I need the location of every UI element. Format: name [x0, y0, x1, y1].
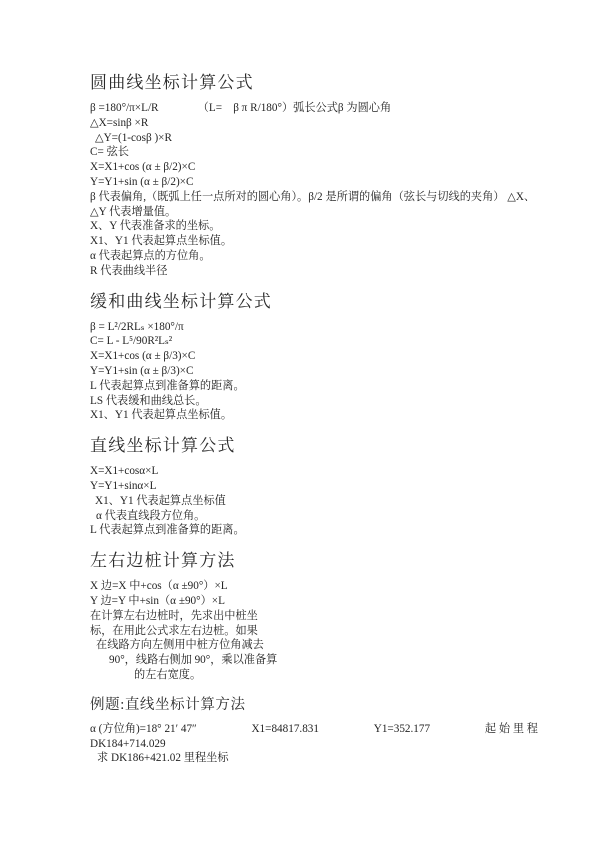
section-straight-line: 直线坐标计算公式X=X1+cosα×LY=Y1+sinα×LX1、Y1 代表起算…: [90, 435, 560, 538]
text-line: △Y 代表增量值。: [90, 205, 560, 220]
text-line: X1、Y1 代表起算点坐标值: [90, 494, 560, 509]
text-line: R 代表曲线半径: [90, 264, 560, 279]
text-line: X1、Y1 代表起算点坐标值。: [90, 408, 560, 423]
text-line: α 代表起算点的方位角。: [90, 249, 560, 264]
section-circular-curve: 圆曲线坐标计算公式β =180°/π×L/R （L= β π R/180°）弧长…: [90, 72, 560, 279]
section-example: 例题:直线坐标计算方法α (方位角)=18° 21′ 47″X1=84817.8…: [90, 695, 560, 766]
text-line: DK184+714.029: [90, 737, 560, 752]
text-line: X、Y 代表准备求的坐标。: [90, 219, 560, 234]
text-line: 标，在用此公式求左右边桩。如果: [90, 624, 560, 639]
text-line: △Y=(1-cosβ )×R: [90, 131, 560, 146]
line-segment: X1=84817.831: [251, 722, 319, 737]
text-line: Y 边=Y 中+sin（α ±90°）×L: [90, 594, 560, 609]
text-line: L 代表起算点到准备算的距离。: [90, 379, 560, 394]
text-line: Y=Y1+sinα×L: [90, 479, 560, 494]
text-line: β = L²/2RLₛ ×180°/π: [90, 320, 560, 335]
text-line: C= 弦长: [90, 145, 560, 160]
section-heading-straight-line: 直线坐标计算公式: [90, 435, 560, 457]
text-line: 在计算左右边桩时，先求出中桩坐: [90, 609, 560, 624]
line-segment: α (方位角)=18° 21′ 47″: [90, 722, 197, 737]
text-line: X=X1+cos (α ± β/2)×C: [90, 160, 560, 175]
text-line: α (方位角)=18° 21′ 47″X1=84817.831Y1=352.17…: [90, 722, 538, 737]
document-page: 圆曲线坐标计算公式β =180°/π×L/R （L= β π R/180°）弧长…: [0, 0, 600, 850]
text-line: α 代表直线段方位角。: [90, 509, 560, 524]
section-side-stake: 左右边桩计算方法X 边=X 中+cos（α ±90°）×LY 边=Y 中+sin…: [90, 550, 560, 683]
section-heading-circular-curve: 圆曲线坐标计算公式: [90, 72, 560, 94]
text-line: X=X1+cosα×L: [90, 464, 560, 479]
section-heading-side-stake: 左右边桩计算方法: [90, 550, 560, 572]
text-line: X1、Y1 代表起算点坐标值。: [90, 234, 560, 249]
text-line: △X=sinβ ×R: [90, 116, 560, 131]
text-line: L 代表起算点到准备算的距离。: [90, 523, 560, 538]
text-line: 的左右宽度。: [90, 668, 560, 683]
section-heading-example: 例题:直线坐标计算方法: [90, 695, 560, 715]
document-body: 圆曲线坐标计算公式β =180°/π×L/R （L= β π R/180°）弧长…: [90, 72, 560, 766]
text-line: 在线路方向左侧用中桩方位角减去: [90, 638, 560, 653]
section-heading-transition-curve: 缓和曲线坐标计算公式: [90, 291, 560, 313]
text-line: β =180°/π×L/R （L= β π R/180°）弧长公式β 为圆心角: [90, 101, 560, 116]
text-line: β 代表偏角,（既弧上任一点所对的圆心角）。β/2 是所谓的偏角（弦长与切线的夹…: [90, 190, 560, 205]
text-line: 90°，线路右侧加 90°，乘以准备算: [90, 653, 560, 668]
text-line: C= L - L⁵/90R²Lₛ²: [90, 334, 560, 349]
text-line: X 边=X 中+cos（α ±90°）×L: [90, 579, 560, 594]
text-line: LS 代表缓和曲线总长。: [90, 394, 560, 409]
text-line: Y=Y1+sin (α ± β/2)×C: [90, 175, 560, 190]
text-line: 求 DK186+421.02 里程坐标: [90, 751, 560, 766]
line-segment: Y1=352.177: [374, 722, 430, 737]
text-line: X=X1+cos (α ± β/3)×C: [90, 349, 560, 364]
line-segment: 起 始 里 程: [485, 722, 538, 737]
section-transition-curve: 缓和曲线坐标计算公式β = L²/2RLₛ ×180°/πC= L - L⁵/9…: [90, 291, 560, 424]
text-line: Y=Y1+sin (α ± β/3)×C: [90, 364, 560, 379]
